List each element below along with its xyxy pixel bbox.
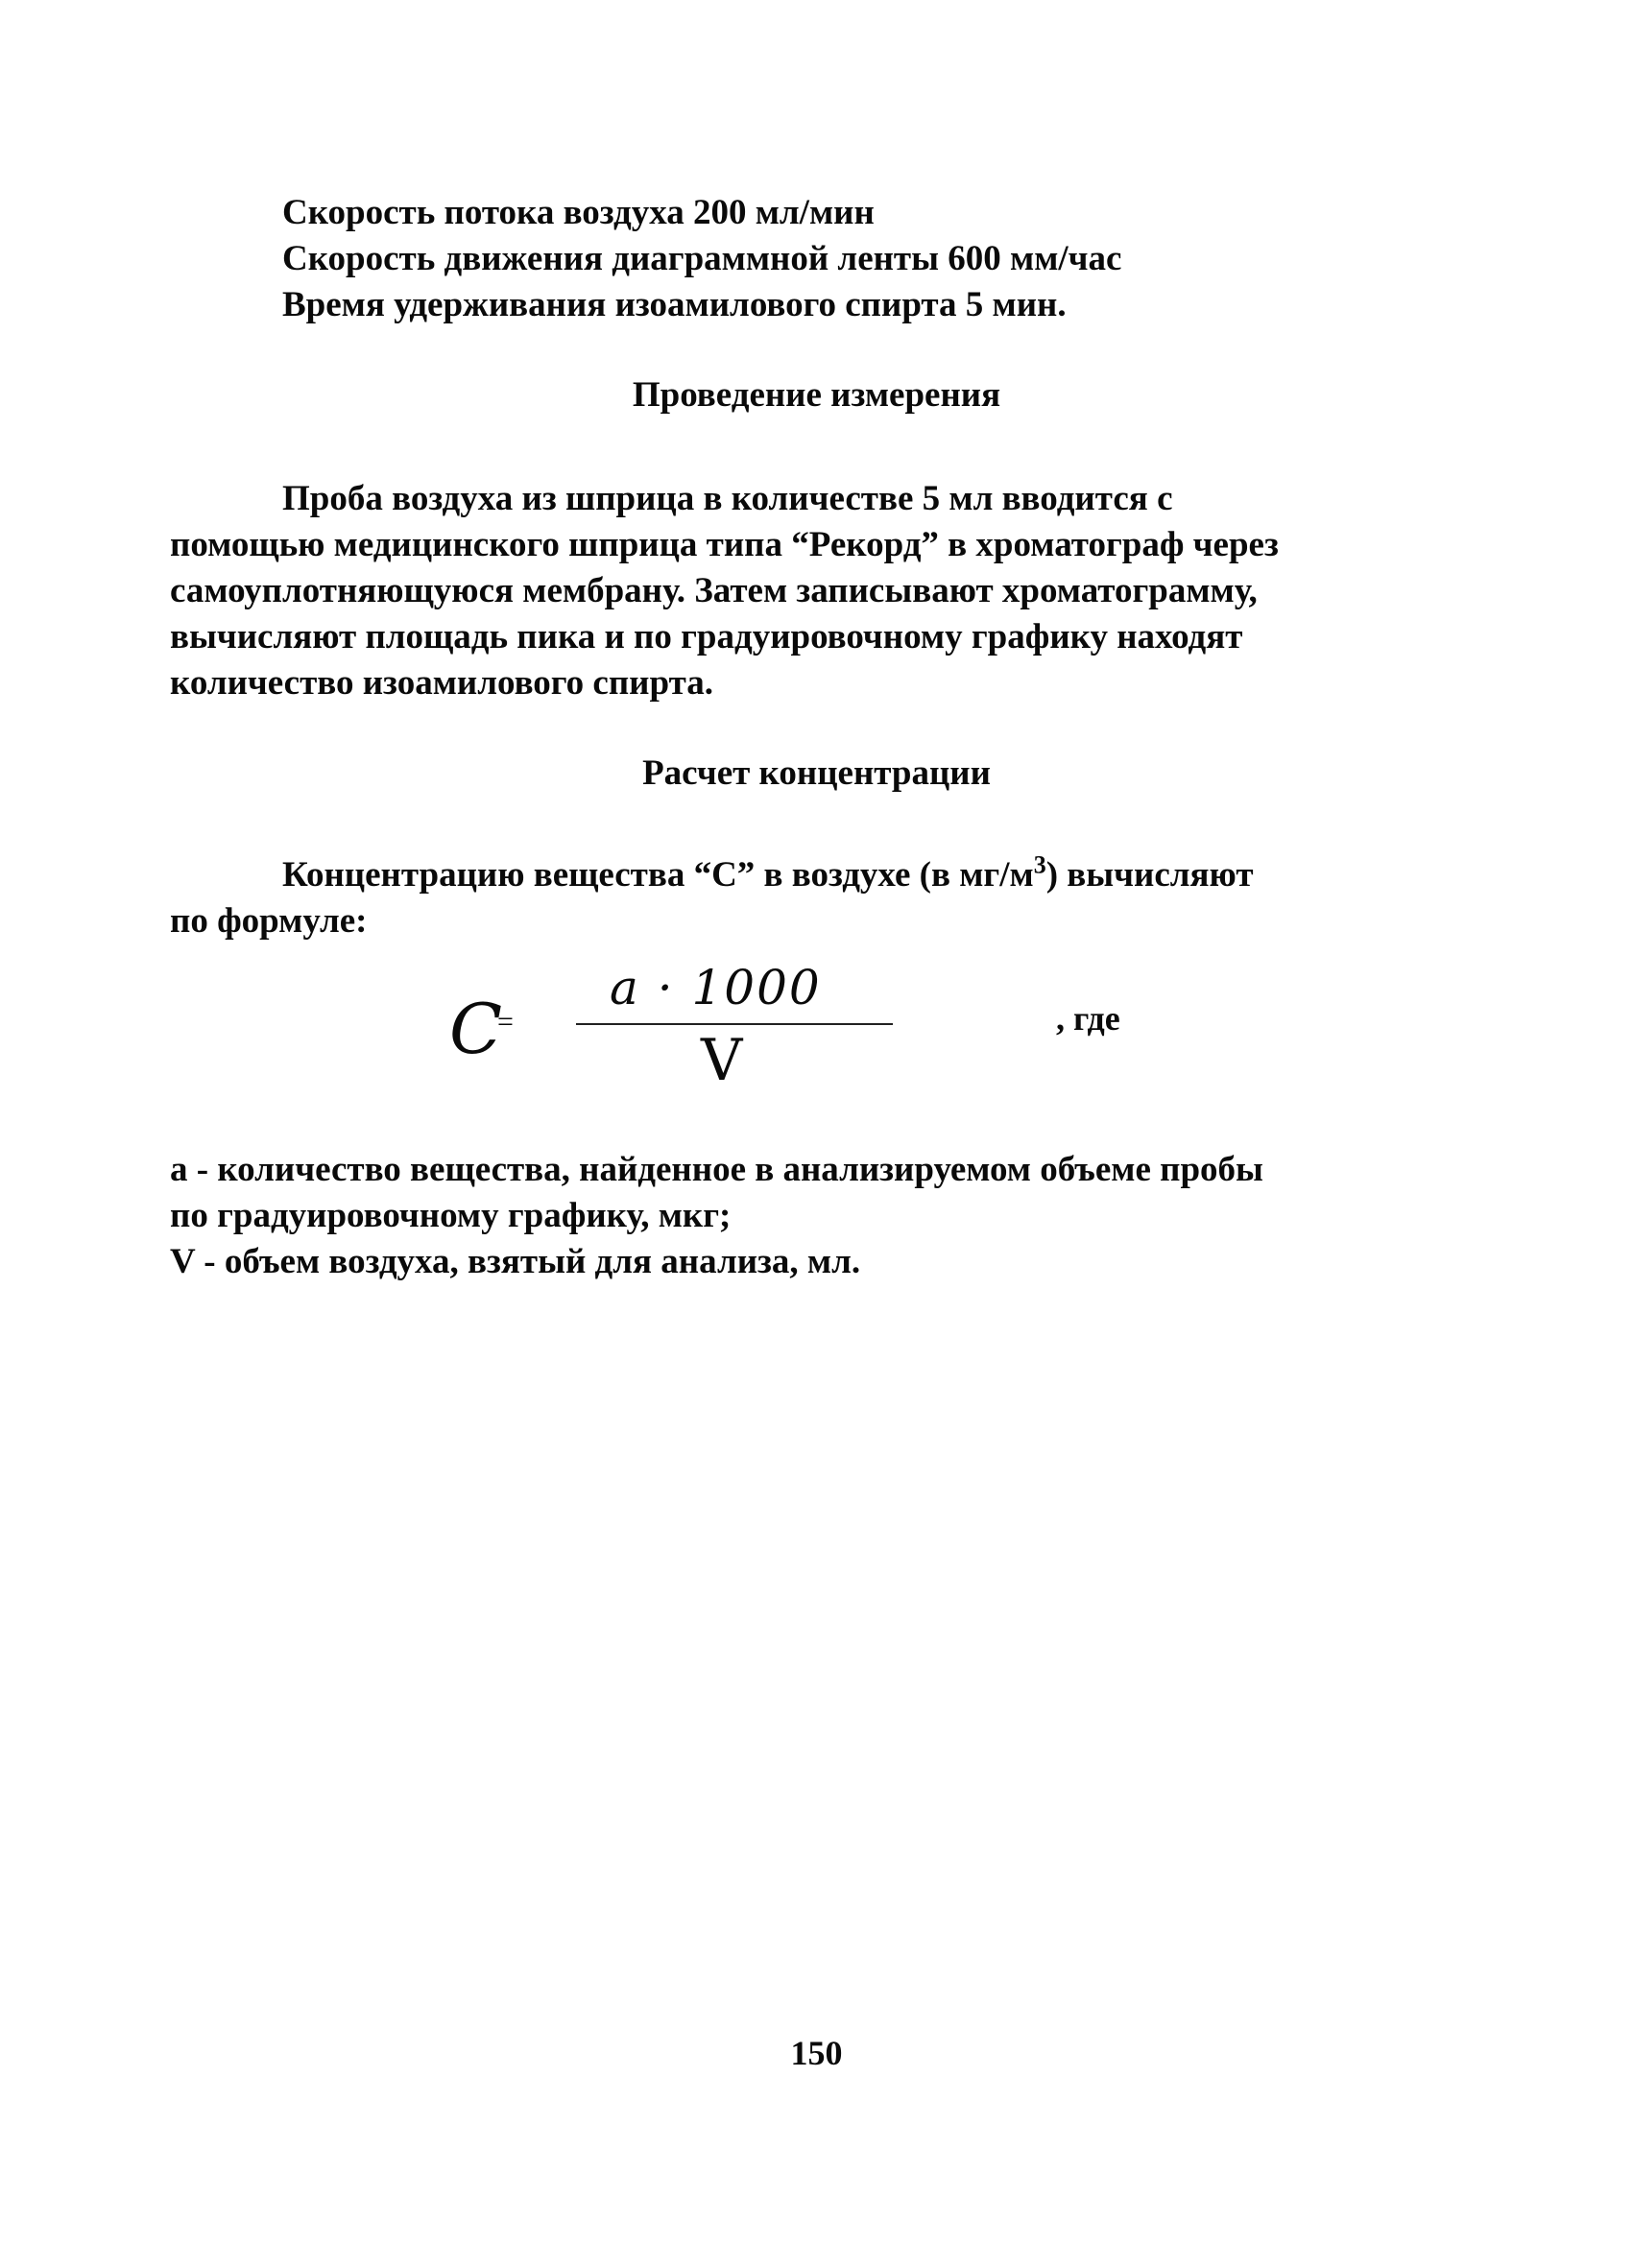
page-number: 150 bbox=[0, 2033, 1633, 2073]
param-retention-time: Время удерживания изоамилового спирта 5 … bbox=[282, 282, 1121, 328]
measurement-line-1: Проба воздуха из шприца в количестве 5 м… bbox=[170, 476, 1454, 522]
parameters-list: Скорость потока воздуха 200 мл/мин Скоро… bbox=[282, 190, 1121, 328]
measurement-paragraph: Проба воздуха из шприца в количестве 5 м… bbox=[170, 476, 1454, 706]
intro-text: Концентрацию вещества “С” в воздухе (в м… bbox=[282, 855, 1034, 895]
param-tape-speed: Скорость движения диаграммной ленты 600 … bbox=[282, 236, 1121, 282]
formula-suffix: , где bbox=[1056, 998, 1120, 1039]
calculation-intro: Концентрацию вещества “С” в воздухе (в м… bbox=[170, 852, 1454, 944]
fraction-bar bbox=[576, 1023, 893, 1025]
definition-a-line-1: а - количество вещества, найденное в ана… bbox=[170, 1147, 1454, 1193]
measurement-line-4: вычисляют площадь пика и по градуировочн… bbox=[170, 614, 1454, 660]
heading-calculation: Расчет концентрации bbox=[0, 752, 1633, 794]
definitions: а - количество вещества, найденное в ана… bbox=[170, 1147, 1454, 1285]
formula-denominator: V bbox=[701, 1027, 742, 1094]
formula-numerator: a · 1000 bbox=[610, 960, 822, 1015]
definition-v: V - объем воздуха, взятый для анализа, м… bbox=[170, 1239, 1454, 1285]
measurement-line-2: помощью медицинского шприца типа “Рекорд… bbox=[170, 522, 1454, 568]
measurement-line-5: количество изоамилового спирта. bbox=[170, 660, 1454, 706]
cube-superscript: 3 bbox=[1034, 851, 1046, 879]
intro-text-end: ) вычисляют bbox=[1046, 855, 1254, 895]
definition-a-line-2: по градуировочному графику, мкг; bbox=[170, 1193, 1454, 1239]
formula-equals: = bbox=[497, 1006, 514, 1039]
heading-measurement: Проведение измерения bbox=[0, 374, 1633, 416]
calculation-intro-line-2: по формуле: bbox=[170, 898, 1454, 944]
concentration-formula: C = a · 1000 V , где bbox=[442, 960, 1171, 1104]
param-air-flow: Скорость потока воздуха 200 мл/мин bbox=[282, 190, 1121, 236]
measurement-line-3: самоуплотняющуюся мембрану. Затем записы… bbox=[170, 568, 1454, 614]
calculation-intro-line-1: Концентрацию вещества “С” в воздухе (в м… bbox=[170, 852, 1454, 898]
formula-lhs: C bbox=[449, 989, 502, 1069]
